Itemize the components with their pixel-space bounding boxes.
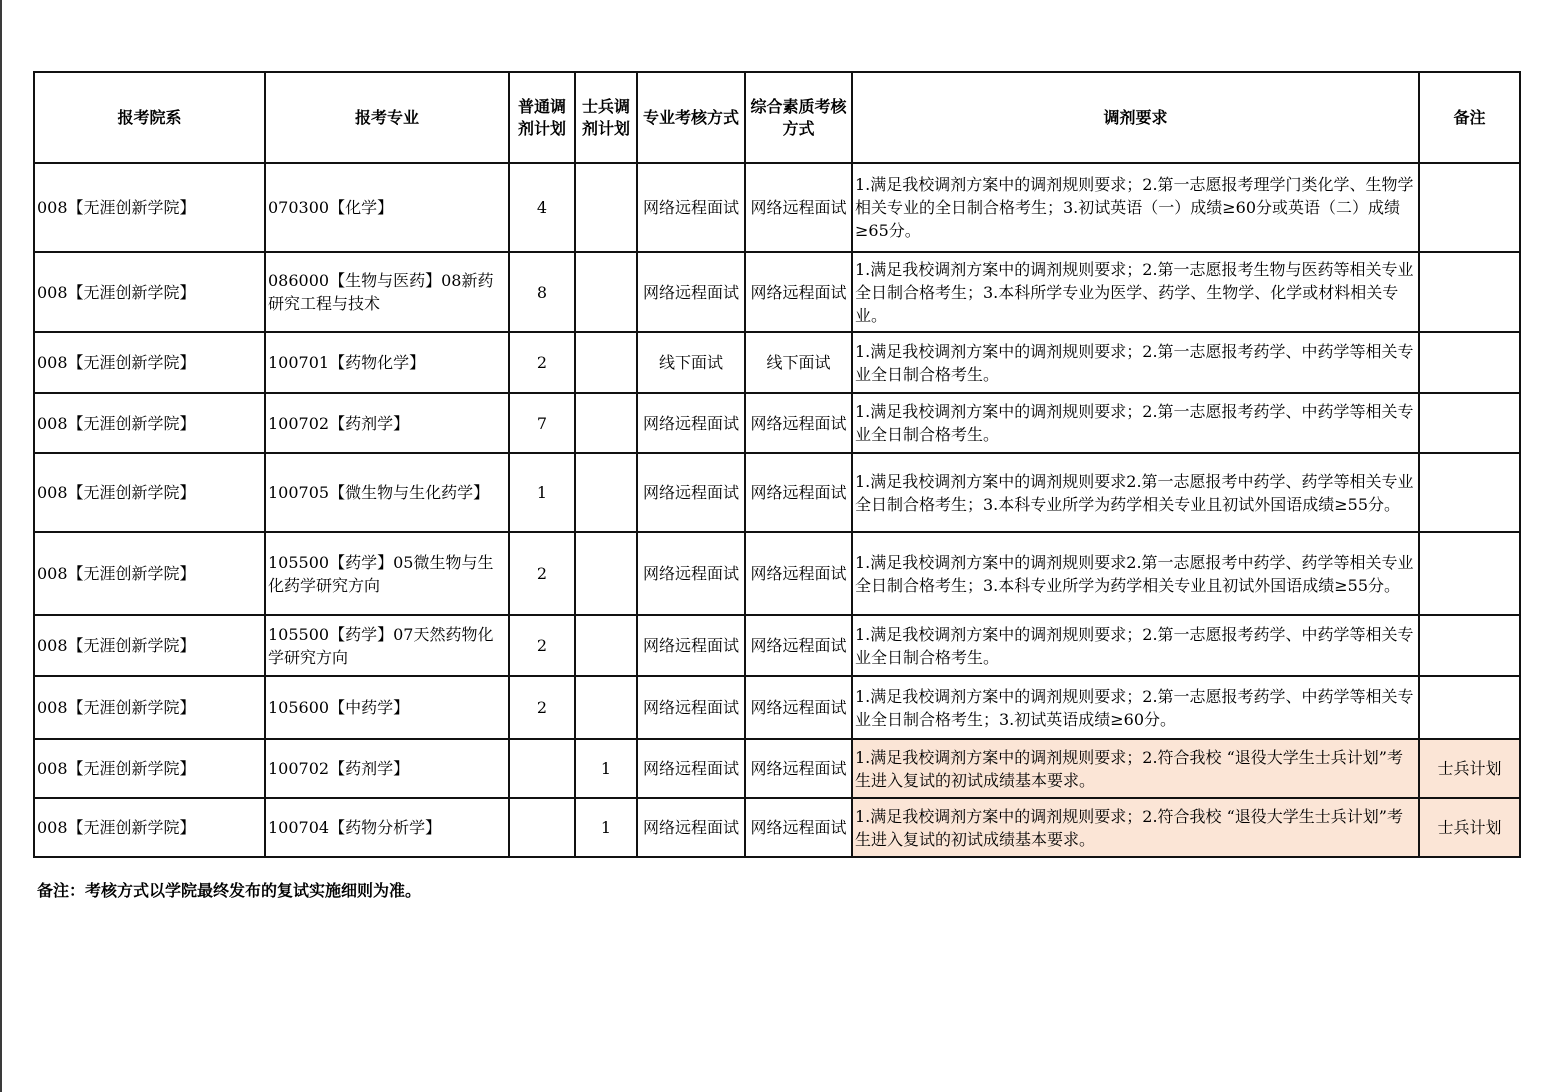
major-cell: 100705【微生物与生化药学】 xyxy=(265,453,509,532)
professional-method-cell: 网络远程面试 xyxy=(637,252,745,332)
major-cell: 105500【药学】07天然药物化学研究方向 xyxy=(265,615,509,676)
table-row: 008【无涯创新学院】105500【药学】07天然药物化学研究方向2网络远程面试… xyxy=(34,615,1520,676)
professional-method-cell: 网络远程面试 xyxy=(637,453,745,532)
general-plan-cell: 2 xyxy=(509,615,575,676)
general-plan-cell: 1 xyxy=(509,453,575,532)
note-cell xyxy=(1419,532,1520,615)
comprehensive-method-cell: 网络远程面试 xyxy=(745,453,852,532)
requirements-cell: 1.满足我校调剂方案中的调剂规则要求；2.第一志愿报考理学门类化学、生物学相关专… xyxy=(852,163,1419,252)
page-left-border xyxy=(0,0,2,1092)
table-row: 008【无涯创新学院】100702【药剂学】1网络远程面试网络远程面试1.满足我… xyxy=(34,739,1520,798)
footnote: 备注：考核方式以学院最终发布的复试实施细则为准。 xyxy=(37,878,421,901)
general-plan-cell: 7 xyxy=(509,393,575,453)
header-dept: 报考院系 xyxy=(34,72,265,163)
general-plan-cell: 2 xyxy=(509,676,575,739)
comprehensive-method-cell: 网络远程面试 xyxy=(745,393,852,453)
major-cell: 070300【化学】 xyxy=(265,163,509,252)
requirements-cell: 1.满足我校调剂方案中的调剂规则要求2.第一志愿报考中药学、药学等相关专业全日制… xyxy=(852,453,1419,532)
header-soldier-plan: 士兵调剂计划 xyxy=(575,72,637,163)
comprehensive-method-cell: 网络远程面试 xyxy=(745,532,852,615)
comprehensive-method-cell: 网络远程面试 xyxy=(745,163,852,252)
general-plan-cell xyxy=(509,798,575,857)
note-cell xyxy=(1419,252,1520,332)
soldier-plan-cell xyxy=(575,332,637,393)
soldier-plan-cell xyxy=(575,532,637,615)
header-note: 备注 xyxy=(1419,72,1520,163)
requirements-cell: 1.满足我校调剂方案中的调剂规则要求；2.符合我校 “退役大学生士兵计划”考生进… xyxy=(852,739,1419,798)
requirements-cell: 1.满足我校调剂方案中的调剂规则要求；2.第一志愿报考生物与医药等相关专业全日制… xyxy=(852,252,1419,332)
table-row: 008【无涯创新学院】100701【药物化学】2线下面试线下面试1.满足我校调剂… xyxy=(34,332,1520,393)
note-cell xyxy=(1419,676,1520,739)
header-professional-method: 专业考核方式 xyxy=(637,72,745,163)
dept-cell: 008【无涯创新学院】 xyxy=(34,252,265,332)
note-cell xyxy=(1419,393,1520,453)
dept-cell: 008【无涯创新学院】 xyxy=(34,739,265,798)
comprehensive-method-cell: 网络远程面试 xyxy=(745,798,852,857)
general-plan-cell: 4 xyxy=(509,163,575,252)
professional-method-cell: 线下面试 xyxy=(637,332,745,393)
professional-method-cell: 网络远程面试 xyxy=(637,393,745,453)
requirements-cell: 1.满足我校调剂方案中的调剂规则要求；2.符合我校 “退役大学生士兵计划”考生进… xyxy=(852,798,1419,857)
table-row: 008【无涯创新学院】100704【药物分析学】1网络远程面试网络远程面试1.满… xyxy=(34,798,1520,857)
major-cell: 100701【药物化学】 xyxy=(265,332,509,393)
header-general-plan: 普通调剂计划 xyxy=(509,72,575,163)
soldier-plan-cell xyxy=(575,163,637,252)
dept-cell: 008【无涯创新学院】 xyxy=(34,532,265,615)
requirements-cell: 1.满足我校调剂方案中的调剂规则要求；2.第一志愿报考药学、中药学等相关专业全日… xyxy=(852,615,1419,676)
soldier-plan-cell xyxy=(575,676,637,739)
note-cell: 士兵计划 xyxy=(1419,798,1520,857)
requirements-cell: 1.满足我校调剂方案中的调剂规则要求；2.第一志愿报考药学、中药学等相关专业全日… xyxy=(852,676,1419,739)
dept-cell: 008【无涯创新学院】 xyxy=(34,163,265,252)
professional-method-cell: 网络远程面试 xyxy=(637,676,745,739)
dept-cell: 008【无涯创新学院】 xyxy=(34,798,265,857)
requirements-cell: 1.满足我校调剂方案中的调剂规则要求；2.第一志愿报考药学、中药学等相关专业全日… xyxy=(852,393,1419,453)
dept-cell: 008【无涯创新学院】 xyxy=(34,332,265,393)
header-requirements: 调剂要求 xyxy=(852,72,1419,163)
general-plan-cell xyxy=(509,739,575,798)
adjustment-plan-table: 报考院系 报考专业 普通调剂计划 士兵调剂计划 专业考核方式 综合素质考核方式 … xyxy=(33,71,1521,858)
table-row: 008【无涯创新学院】105600【中药学】2网络远程面试网络远程面试1.满足我… xyxy=(34,676,1520,739)
major-cell: 105500【药学】05微生物与生化药学研究方向 xyxy=(265,532,509,615)
soldier-plan-cell xyxy=(575,393,637,453)
note-cell xyxy=(1419,332,1520,393)
requirements-cell: 1.满足我校调剂方案中的调剂规则要求；2.第一志愿报考药学、中药学等相关专业全日… xyxy=(852,332,1419,393)
header-comprehensive-method: 综合素质考核方式 xyxy=(745,72,852,163)
comprehensive-method-cell: 线下面试 xyxy=(745,332,852,393)
note-cell: 士兵计划 xyxy=(1419,739,1520,798)
note-cell xyxy=(1419,163,1520,252)
professional-method-cell: 网络远程面试 xyxy=(637,615,745,676)
requirements-cell: 1.满足我校调剂方案中的调剂规则要求2.第一志愿报考中药学、药学等相关专业全日制… xyxy=(852,532,1419,615)
major-cell: 100702【药剂学】 xyxy=(265,393,509,453)
professional-method-cell: 网络远程面试 xyxy=(637,163,745,252)
header-major: 报考专业 xyxy=(265,72,509,163)
dept-cell: 008【无涯创新学院】 xyxy=(34,676,265,739)
dept-cell: 008【无涯创新学院】 xyxy=(34,393,265,453)
table-row: 008【无涯创新学院】100702【药剂学】7网络远程面试网络远程面试1.满足我… xyxy=(34,393,1520,453)
table-body: 008【无涯创新学院】070300【化学】4网络远程面试网络远程面试1.满足我校… xyxy=(34,163,1520,857)
comprehensive-method-cell: 网络远程面试 xyxy=(745,252,852,332)
soldier-plan-cell: 1 xyxy=(575,739,637,798)
major-cell: 086000【生物与医药】08新药研究工程与技术 xyxy=(265,252,509,332)
table-row: 008【无涯创新学院】070300【化学】4网络远程面试网络远程面试1.满足我校… xyxy=(34,163,1520,252)
professional-method-cell: 网络远程面试 xyxy=(637,739,745,798)
soldier-plan-cell xyxy=(575,615,637,676)
general-plan-cell: 2 xyxy=(509,332,575,393)
major-cell: 100704【药物分析学】 xyxy=(265,798,509,857)
soldier-plan-cell xyxy=(575,453,637,532)
major-cell: 100702【药剂学】 xyxy=(265,739,509,798)
soldier-plan-cell xyxy=(575,252,637,332)
dept-cell: 008【无涯创新学院】 xyxy=(34,615,265,676)
comprehensive-method-cell: 网络远程面试 xyxy=(745,739,852,798)
professional-method-cell: 网络远程面试 xyxy=(637,532,745,615)
general-plan-cell: 2 xyxy=(509,532,575,615)
note-cell xyxy=(1419,453,1520,532)
professional-method-cell: 网络远程面试 xyxy=(637,798,745,857)
comprehensive-method-cell: 网络远程面试 xyxy=(745,676,852,739)
comprehensive-method-cell: 网络远程面试 xyxy=(745,615,852,676)
soldier-plan-cell: 1 xyxy=(575,798,637,857)
dept-cell: 008【无涯创新学院】 xyxy=(34,453,265,532)
table-header-row: 报考院系 报考专业 普通调剂计划 士兵调剂计划 专业考核方式 综合素质考核方式 … xyxy=(34,72,1520,163)
general-plan-cell: 8 xyxy=(509,252,575,332)
table-row: 008【无涯创新学院】105500【药学】05微生物与生化药学研究方向2网络远程… xyxy=(34,532,1520,615)
table-row: 008【无涯创新学院】086000【生物与医药】08新药研究工程与技术8网络远程… xyxy=(34,252,1520,332)
note-cell xyxy=(1419,615,1520,676)
major-cell: 105600【中药学】 xyxy=(265,676,509,739)
table-row: 008【无涯创新学院】100705【微生物与生化药学】1网络远程面试网络远程面试… xyxy=(34,453,1520,532)
